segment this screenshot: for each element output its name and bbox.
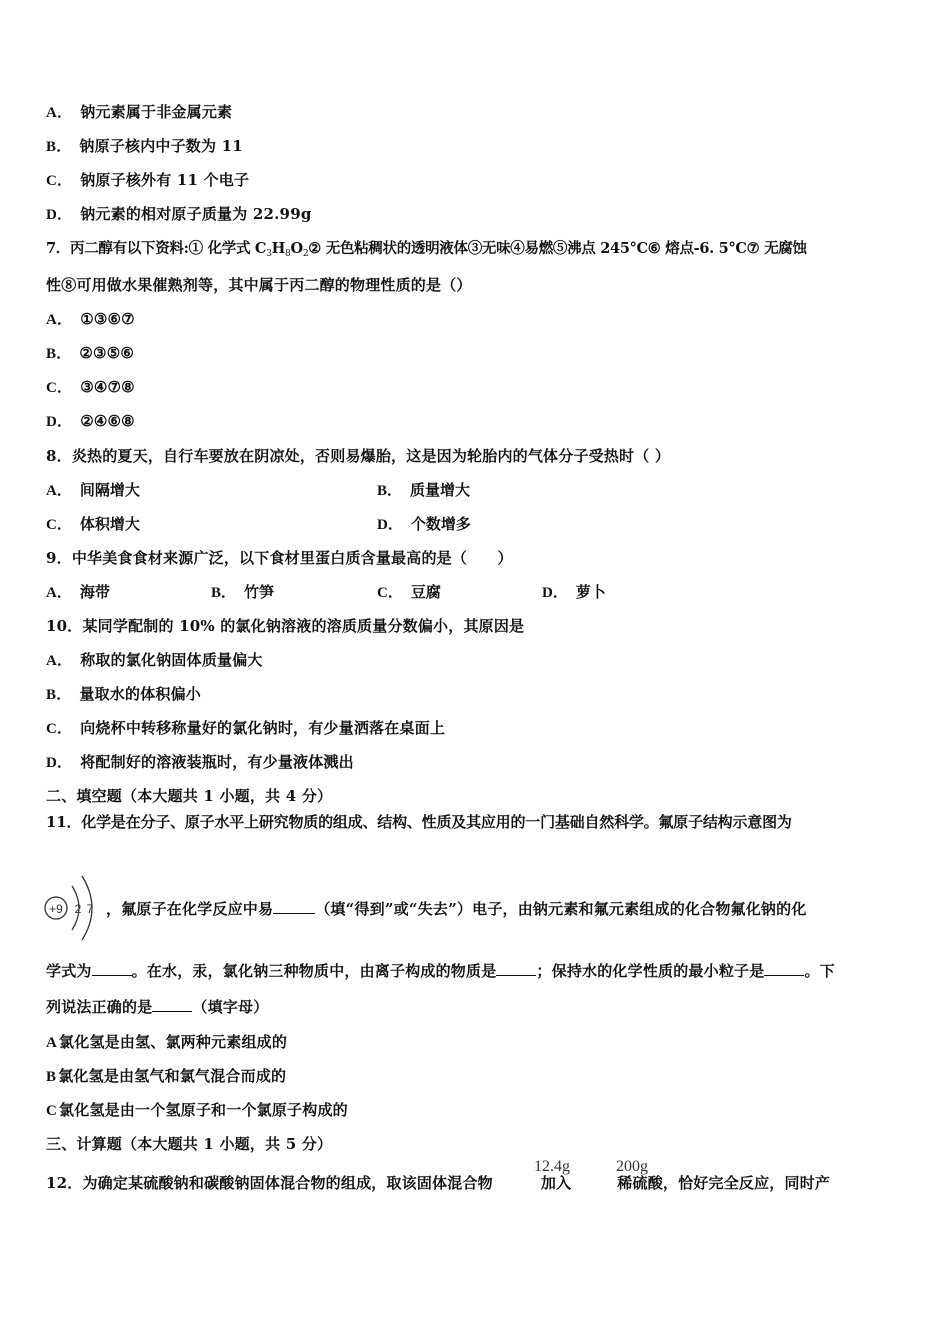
q11-option-c: C氯化氢是由一个氢原子和一个氯原子构成的 xyxy=(46,1100,348,1121)
answer-blank[interactable] xyxy=(764,961,804,976)
answer-blank[interactable] xyxy=(496,961,536,976)
section-heading-fill-in: 二、填空题（本大题共 1 小题，共 4 分） xyxy=(46,786,332,806)
option-text: 质量增大 xyxy=(410,481,470,499)
svg-text:2: 2 xyxy=(75,902,82,916)
q10-stem: 10．某同学配制的 10% 的氯化钠溶液的溶质质量分数偏小，其原因是 xyxy=(46,616,524,636)
q6-option-c: C．钠原子核外有 11 个电子 xyxy=(46,170,249,191)
answer-blank[interactable] xyxy=(92,961,132,976)
option-label: A xyxy=(46,1033,57,1053)
option-text: 豆腐 xyxy=(411,583,441,601)
q7-option-b: B．②③⑤⑥ xyxy=(46,343,134,364)
q10-option-b: B．量取水的体积偏小 xyxy=(46,684,201,705)
option-label: A． xyxy=(46,651,72,671)
q12-mass-mixture: 12.4g xyxy=(534,1158,570,1176)
option-text: 萝卜 xyxy=(576,583,606,601)
option-label: A． xyxy=(46,103,72,123)
option-text: 个数增多 xyxy=(411,515,471,533)
q7-stem-line1: 7．丙二醇有以下资料:① 化学式 C3H8O2② 无色粘稠状的透明液体③无味④易… xyxy=(46,239,807,264)
option-text: 间隔增大 xyxy=(80,481,140,499)
q11-stem-line1: 11．化学是在分子、原子水平上研究物质的组成、结构、性质及其应用的一门基础自然科… xyxy=(46,812,792,832)
q11-text: 学式为 xyxy=(46,962,92,980)
option-label: C． xyxy=(46,171,72,191)
option-label: A． xyxy=(46,481,72,501)
option-text: ②③⑤⑥ xyxy=(79,344,134,362)
option-label: B． xyxy=(211,583,236,603)
option-text: 氯化氢是由一个氢原子和一个氯原子构成的 xyxy=(59,1101,348,1119)
q11-text: ；保持水的化学性质的最小粒子是 xyxy=(536,962,764,980)
option-label: C． xyxy=(46,378,72,398)
option-text: 钠元素的相对原子质量为 22.99g xyxy=(80,205,311,223)
q11-option-a: A氯化氢是由氢、氯两种元素组成的 xyxy=(46,1032,287,1053)
option-label: B． xyxy=(377,481,402,501)
option-label: B． xyxy=(46,137,71,157)
option-label: D． xyxy=(46,205,72,225)
q12-mass-acid: 200g xyxy=(616,1158,648,1176)
fluorine-atom-diagram-icon: +9 2 7 xyxy=(42,872,112,944)
option-label: B． xyxy=(46,344,71,364)
q7-text: ② 无色粘稠状的透明液体③无味④易燃⑤沸点 245°C⑥ 熔点-6. 5°C⑦ … xyxy=(308,240,806,257)
q11-text: 。在水，汞，氯化钠三种物质中，由离子构成的物质是 xyxy=(132,962,497,980)
option-label: C． xyxy=(46,719,72,739)
option-label: A． xyxy=(46,583,72,603)
q9-option-b: B．竹笋 xyxy=(211,582,274,603)
section-heading-calculation: 三、计算题（本大题共 1 小题，共 5 分） xyxy=(46,1134,332,1154)
q11-option-b: B氯化氢是由氢气和氯气混合而成的 xyxy=(46,1066,286,1087)
q11-text: ，氟原子在化学反应中易 xyxy=(106,900,273,918)
q11-stem-line3: 学式为。在水，汞，氯化钠三种物质中，由离子构成的物质是；保持水的化学性质的最小粒… xyxy=(46,961,835,981)
q7-stem-line2: 性⑧可用做水果催熟剂等，其中属于丙二醇的物理性质的是（） xyxy=(46,275,472,295)
option-text: 竹笋 xyxy=(244,583,274,601)
q12-text: 12．为确定某硫酸钠和碳酸钠固体混合物的组成，取该固体混合物 xyxy=(46,1174,493,1192)
option-text: 钠元素属于非金属元素 xyxy=(80,103,232,121)
option-label: C． xyxy=(377,583,403,603)
q6-option-a: A．钠元素属于非金属元素 xyxy=(46,102,232,123)
q7-option-c: C．③④⑦⑧ xyxy=(46,377,135,398)
q10-option-a: A．称取的氯化钠固体质量偏大 xyxy=(46,650,263,671)
q6-option-d: D．钠元素的相对原子质量为 22.99g xyxy=(46,204,312,225)
q12-stem: 12．为确定某硫酸钠和碳酸钠固体混合物的组成，取该固体混合物加入稀硫酸，恰好完全… xyxy=(46,1173,830,1193)
q11-text: （填“得到”或“失去”）电子，由钠元素和氟元素组成的化合物氟化钠的化 xyxy=(315,900,806,918)
q8-option-a: A．间隔增大 xyxy=(46,480,140,501)
option-label: B xyxy=(46,1067,56,1087)
option-text: ②④⑥⑧ xyxy=(80,412,135,430)
q10-option-c: C．向烧杯中转移称量好的氯化钠时，有少量洒落在桌面上 xyxy=(46,718,445,739)
option-label: D． xyxy=(377,515,403,535)
option-label: D． xyxy=(46,753,72,773)
svg-text:+9: +9 xyxy=(49,902,63,916)
option-text: 氯化氢是由氢气和氯气混合而成的 xyxy=(58,1067,286,1085)
option-label: C xyxy=(46,1101,57,1121)
q8-stem: 8．炎热的夏天，自行车要放在阴凉处，否则易爆胎，这是因为轮胎内的气体分子受热时（… xyxy=(46,446,670,466)
q8-option-d: D．个数增多 xyxy=(377,514,471,535)
q10-option-d: D．将配制好的溶液装瓶时，有少量液体溅出 xyxy=(46,752,354,773)
q7-text: O xyxy=(290,240,302,257)
answer-blank[interactable] xyxy=(273,899,315,914)
q9-option-c: C．豆腐 xyxy=(377,582,441,603)
option-label: C． xyxy=(46,515,72,535)
q7-text: 7．丙二醇有以下资料:① 化学式 C xyxy=(46,240,266,257)
q9-stem: 9．中华美食食材来源广泛，以下食材里蛋白质含量最高的是（ ） xyxy=(46,548,513,568)
q11-text: 。下 xyxy=(804,962,834,980)
q8-option-c: C．体积增大 xyxy=(46,514,140,535)
q7-option-a: A．①③⑥⑦ xyxy=(46,309,135,330)
q11-text: 列说法正确的是 xyxy=(46,998,152,1016)
option-label: D． xyxy=(542,583,568,603)
q12-text: 加入 xyxy=(541,1174,571,1192)
q12-text: 稀硫酸，恰好完全反应，同时产 xyxy=(617,1174,830,1192)
option-text: 体积增大 xyxy=(80,515,140,533)
option-text: 向烧杯中转移称量好的氯化钠时，有少量洒落在桌面上 xyxy=(80,719,445,737)
answer-blank[interactable] xyxy=(152,997,192,1012)
option-text: 钠原子核外有 11 个电子 xyxy=(80,171,249,189)
q11-stem-line4: 列说法正确的是（填字母） xyxy=(46,997,268,1017)
q9-option-a: A．海带 xyxy=(46,582,110,603)
option-label: A． xyxy=(46,310,72,330)
option-label: B． xyxy=(46,685,71,705)
option-text: 氯化氢是由氢、氯两种元素组成的 xyxy=(59,1033,287,1051)
svg-text:7: 7 xyxy=(87,902,94,916)
q8-option-b: B．质量增大 xyxy=(377,480,470,501)
option-text: 称取的氯化钠固体质量偏大 xyxy=(80,651,262,669)
q6-option-b: B．钠原子核内中子数为 11 xyxy=(46,136,243,157)
option-label: D． xyxy=(46,412,72,432)
option-text: 量取水的体积偏小 xyxy=(79,685,201,703)
option-text: 钠原子核内中子数为 11 xyxy=(79,137,243,155)
q7-option-d: D．②④⑥⑧ xyxy=(46,411,135,432)
q7-text: H xyxy=(272,240,285,257)
q11-stem-line2: ，氟原子在化学反应中易（填“得到”或“失去”）电子，由钠元素和氟元素组成的化合物… xyxy=(106,899,807,919)
option-text: ①③⑥⑦ xyxy=(80,310,135,328)
option-text: 海带 xyxy=(80,583,110,601)
q11-text: （填字母） xyxy=(192,998,268,1016)
option-text: ③④⑦⑧ xyxy=(80,378,135,396)
q9-option-d: D．萝卜 xyxy=(542,582,606,603)
option-text: 将配制好的溶液装瓶时，有少量液体溅出 xyxy=(80,753,354,771)
